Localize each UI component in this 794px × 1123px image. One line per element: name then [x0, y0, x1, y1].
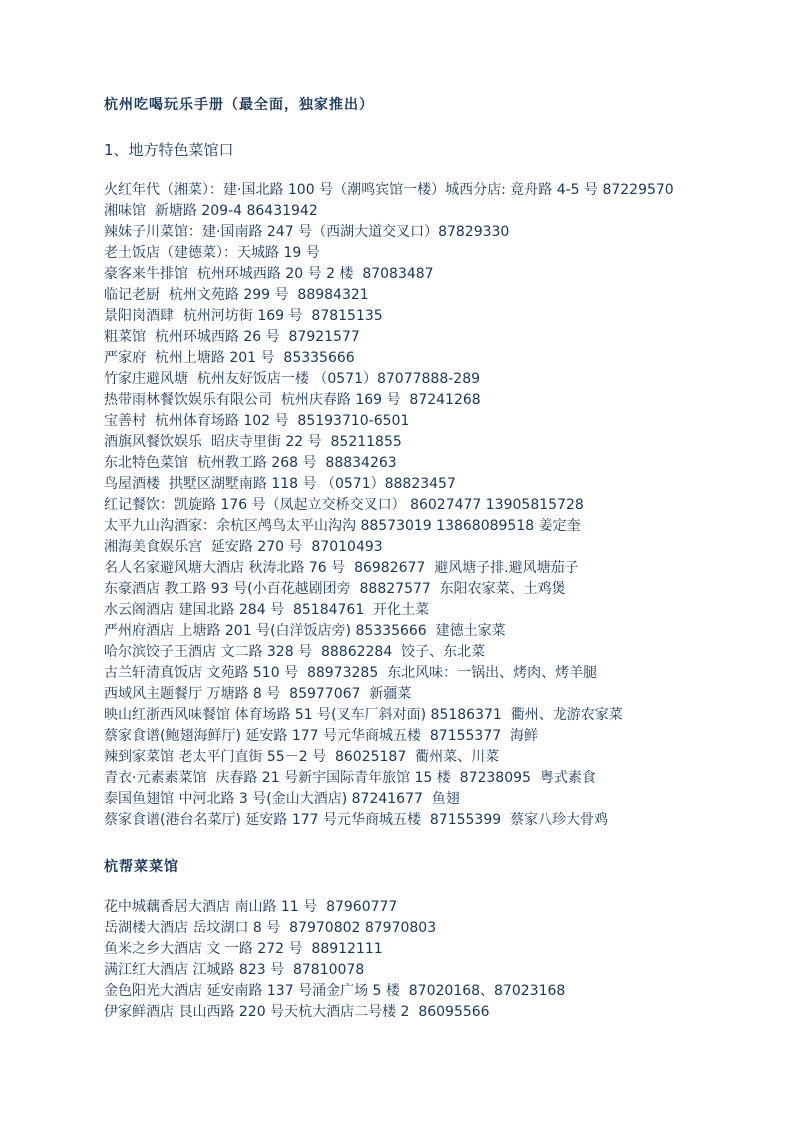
document-page: 杭州吃喝玩乐手册（最全面，独家推出） 1、地方特色菜馆口 火红年代（湘菜）：建·… — [0, 0, 794, 1123]
restaurant-entry: 竹家庄避风塘 杭州友好饭店一楼 （0571）87077888-289 — [104, 369, 734, 390]
restaurant-entry: 粗菜馆 杭州环城西路 26 号 87921577 — [104, 327, 734, 348]
restaurant-entry: 金色阳光大酒店 延安南路 137 号涌金广场 5 楼 87020168、8702… — [104, 981, 734, 1002]
restaurant-entry: 太平九山沟酒家：余杭区鸬鸟太平山沟沟 88573019 13868089518 … — [104, 516, 734, 537]
restaurant-entry: 泰国鱼翅馆 中河北路 3 号(金山大酒店) 87241677 鱼翅 — [104, 789, 734, 810]
restaurant-entry: 蔡家食谱(鲍翅海鲜厅) 延安路 177 号元华商城五楼 87155377 海鲜 — [104, 726, 734, 747]
restaurant-entry: 老土饭店（建德菜）：天城路 19 号 — [104, 243, 734, 264]
restaurant-entry: 湘味馆 新塘路 209-4 86431942 — [104, 201, 734, 222]
restaurant-entry: 哈尔滨饺子王酒店 文二路 328 号 88862284 饺子、东北菜 — [104, 642, 734, 663]
restaurant-entry: 伊家鲜酒店 艮山西路 220 号天杭大酒店二号楼 2 86095566 — [104, 1002, 734, 1023]
restaurant-entry: 鱼米之乡大酒店 文 一路 272 号 88912111 — [104, 939, 734, 960]
restaurant-entry: 鸟屋酒楼 拱墅区湖墅南路 118 号 （0571）88823457 — [104, 474, 734, 495]
restaurant-entry: 东北特色菜馆 杭州教工路 268 号 88834263 — [104, 453, 734, 474]
restaurant-entry: 临记老厨 杭州文苑路 299 号 88984321 — [104, 285, 734, 306]
restaurant-entry: 严州府酒店 上塘路 201 号(白洋饭店旁) 85335666 建德土家菜 — [104, 621, 734, 642]
restaurant-entry: 严家府 杭州上塘路 201 号 85335666 — [104, 348, 734, 369]
restaurant-entry: 豪客来牛排馆 杭州环城西路 20 号 2 楼 87083487 — [104, 264, 734, 285]
restaurant-entry: 映山红浙西风味餐馆 体育场路 51 号(叉车厂斜对面) 85186371 衢州、… — [104, 705, 734, 726]
section-heading-local-specialty: 1、地方特色菜馆口 — [104, 140, 734, 161]
restaurant-entry: 辣到家菜馆 老太平门直街 55－2 号 86025187 衢州菜、川菜 — [104, 747, 734, 768]
restaurant-list-hangzhou-cuisine: 花中城藕香居大酒店 南山路 11 号 87960777岳湖楼大酒店 岳坟湖口 8… — [104, 897, 734, 1023]
restaurant-entry: 满江红大酒店 江城路 823 号 87810078 — [104, 960, 734, 981]
restaurant-entry: 火红年代（湘菜）：建·国北路 100 号（潮鸣宾馆一楼）城西分店: 竟舟路 4-… — [104, 180, 734, 201]
restaurant-list-local-specialty: 火红年代（湘菜）：建·国北路 100 号（潮鸣宾馆一楼）城西分店: 竟舟路 4-… — [104, 180, 734, 831]
restaurant-entry: 酒旗风餐饮娱乐 昭庆寺里街 22 号 85211855 — [104, 432, 734, 453]
restaurant-entry: 景阳岗酒肆 杭州河坊街 169 号 87815135 — [104, 306, 734, 327]
restaurant-entry: 东豪酒店 教工路 93 号(小百花越剧团旁 88827577 东阳农家菜、土鸡煲 — [104, 579, 734, 600]
restaurant-entry: 古兰轩清真饭店 文苑路 510 号 88973285 东北风味：一锅出、烤肉、烤… — [104, 663, 734, 684]
restaurant-entry: 湘海美食娱乐宫 延安路 270 号 87010493 — [104, 537, 734, 558]
restaurant-entry: 水云阁酒店 建国北路 284 号 85184761 开化土菜 — [104, 600, 734, 621]
restaurant-entry: 热带雨林餐饮娱乐有限公司 杭州庆春路 169 号 87241268 — [104, 390, 734, 411]
document-title: 杭州吃喝玩乐手册（最全面，独家推出） — [104, 96, 734, 114]
restaurant-entry: 名人名家避风塘大酒店 秋涛北路 76 号 86982677 避风塘子排.避风塘茄… — [104, 558, 734, 579]
restaurant-entry: 西域风主题餐厅 万塘路 8 号 85977067 新疆菜 — [104, 684, 734, 705]
restaurant-entry: 花中城藕香居大酒店 南山路 11 号 87960777 — [104, 897, 734, 918]
restaurant-entry: 辣妹子川菜馆：建·国南路 247 号（西湖大道交叉口）87829330 — [104, 222, 734, 243]
restaurant-entry: 青衣·元素素菜馆 庆春路 21 号新宇国际青年旅馆 15 楼 87238095 … — [104, 768, 734, 789]
restaurant-entry: 蔡家食谱(港台名菜厅) 延安路 177 号元华商城五楼 87155399 蔡家八… — [104, 810, 734, 831]
restaurant-entry: 红记餐饮：凯旋路 176 号（凤起立交桥交叉口） 86027477 139058… — [104, 495, 734, 516]
section-heading-hangzhou-cuisine: 杭帮菜菜馆 — [104, 857, 734, 878]
restaurant-entry: 宝善村 杭州体育场路 102 号 85193710-6501 — [104, 411, 734, 432]
restaurant-entry: 岳湖楼大酒店 岳坟湖口 8 号 87970802 87970803 — [104, 918, 734, 939]
